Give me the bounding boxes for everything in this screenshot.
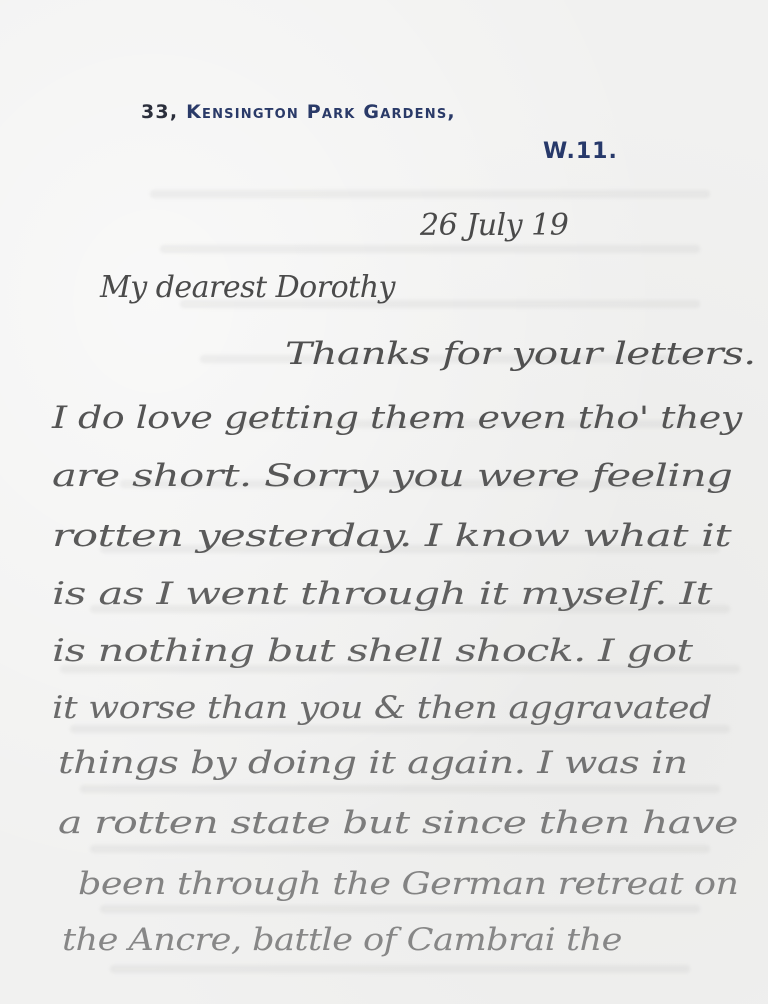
letter-date: 26 July 19	[420, 208, 568, 243]
letter-line: Thanks for your letters.	[285, 336, 755, 372]
letter-line: I do love getting them even tho' they	[52, 400, 742, 436]
letter-line: the Ancre, battle of Cambrai the	[62, 922, 622, 958]
letter-line: been through the German retreat on	[78, 866, 738, 902]
letterhead-street: Kensington Park Gardens,	[186, 101, 456, 123]
letter-line: is as I went through it myself. It	[52, 576, 712, 612]
letter-salutation: My dearest Dorothy	[100, 270, 395, 305]
letter-line: things by doing it again. I was in	[58, 745, 687, 781]
letterhead-postcode: W.11.	[543, 139, 618, 164]
letter-line: it worse than you & then aggravated	[52, 690, 712, 726]
letter-line: a rotten state but since then have	[58, 805, 738, 841]
letterhead-number: 33,	[141, 101, 178, 123]
letterhead-address: 33, Kensington Park Gardens,	[141, 101, 456, 123]
letter-line: are short. Sorry you were feeling	[52, 458, 732, 494]
letter-page: 33, Kensington Park Gardens, W.11. 26 Ju…	[0, 0, 768, 1004]
bleed-through-texture	[0, 0, 768, 1004]
letter-line: rotten yesterday. I know what it	[52, 518, 731, 554]
letter-line: is nothing but shell shock. I got	[52, 633, 692, 669]
